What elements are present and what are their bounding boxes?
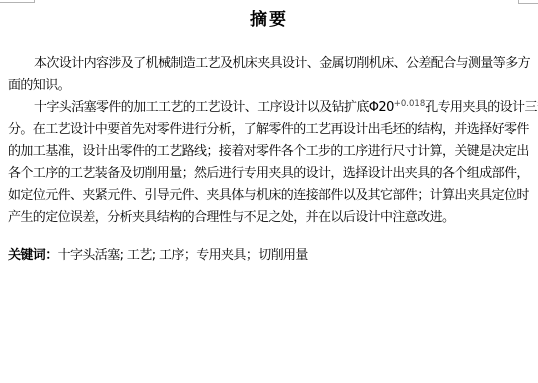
keywords-label: 关键词： [8,248,58,263]
keywords-line: 关键词：十字头活塞; 工艺; 工序；专用夹具；切削用量 [8,248,538,263]
abstract-paragraph2-line4: 各个工序的工艺装备及切削用量；然后进行专用夹具的设计，选择设计出夹具的各个组成部… [8,166,538,181]
crop-mark-top-right-vertical [518,0,519,4]
abstract-paragraph2-line3: 的加工基准，设计出零件的工艺路线；接着对零件各个工步的工序进行尺寸计算，关键是决… [8,144,538,159]
dimension-text-before: 十字头活塞零件的加工工艺的工艺设计、工序设计以及钻扩底Φ20 [34,100,394,115]
document-page: 摘要 本次设计内容涉及了机械制造工艺及机床夹具设计、金属切削机床、公差配合与测量… [0,0,538,383]
crop-mark-top-left-vertical [34,0,35,3]
page-title: 摘要 [0,9,538,31]
abstract-paragraph2-line6: 产生的定位误差，分析夹具结构的合理性与不足之处，并在以后设计中注意改进。 [8,210,538,225]
abstract-paragraph1-line2: 面的知识。 [8,78,538,93]
crop-mark-top-left-horizontal [0,2,34,3]
abstract-paragraph2-line2: 分。在工艺设计中要首先对零件进行分析，了解零件的工艺再设计出毛坯的结构，并选择好… [8,122,538,137]
abstract-paragraph2-line5: 如定位元件、夹紧元件、引导元件、夹具体与机床的连接部件以及其它部件；计算出夹具定… [8,188,538,203]
abstract-paragraph2-line1: 十字头活塞零件的加工工艺的工艺设计、工序设计以及钻扩底Φ20+0.018孔专用夹… [8,100,538,115]
dimension-text-after: 孔专用夹具的设计三部 [425,100,538,115]
tolerance-superscript: +0.018 [394,99,425,109]
crop-mark-top-right-horizontal [518,3,538,4]
abstract-paragraph1-line1: 本次设计内容涉及了机械制造工艺及机床夹具设计、金属切削机床、公差配合与测量等多方 [8,56,538,71]
keywords-text: 十字头活塞; 工艺; 工序；专用夹具；切削用量 [58,248,308,263]
